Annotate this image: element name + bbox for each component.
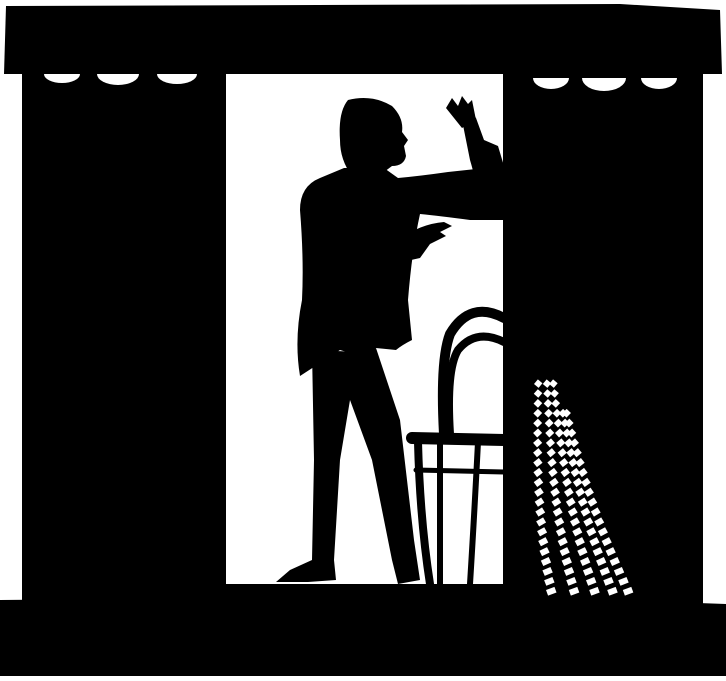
silhouette-scene <box>0 0 726 681</box>
curtain-left <box>22 70 226 610</box>
valance <box>4 4 722 74</box>
